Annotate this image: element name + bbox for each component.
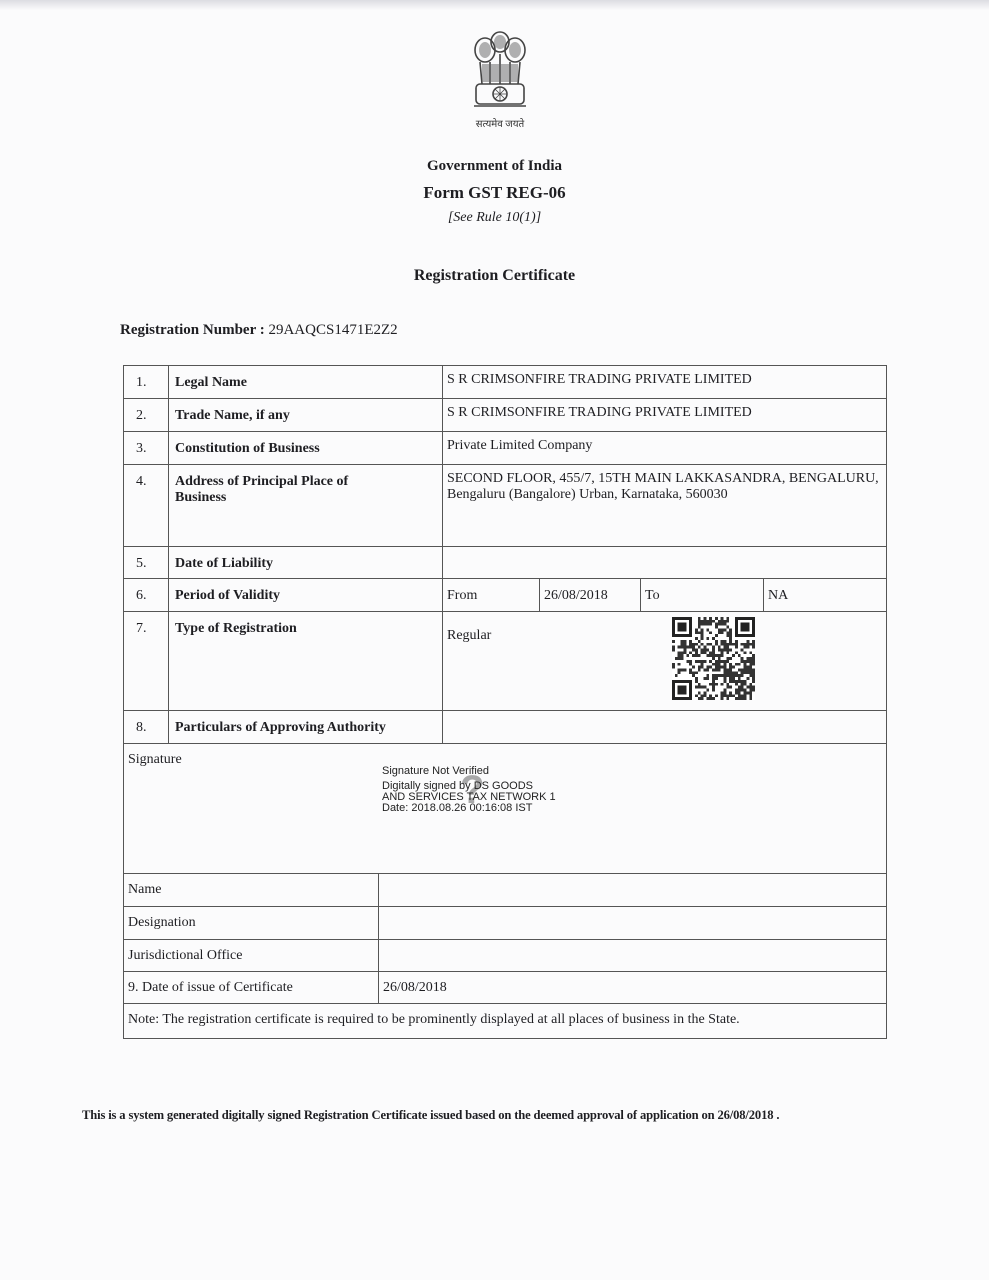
ashoka-emblem-icon [468,28,532,112]
qr-code-icon [672,617,755,700]
digital-signature-block: Signature Not Verified Digitally signed … [382,766,556,814]
jurisdictional-office-value [379,940,886,971]
table-row: 2. Trade Name, if any S R CRIMSONFIRE TR… [124,399,886,432]
address-value: SECOND FLOOR, 455/7, 15TH MAIN LAKKASAND… [443,465,886,546]
designation-value [379,907,886,939]
registration-number-label: Registration Number : [120,322,265,338]
row-label: Period of Validity [169,579,443,611]
authority-name-value [379,874,886,906]
table-row: 6. Period of Validity From 26/08/2018 To… [124,579,886,612]
registration-number-value: 29AAQCS1471E2Z2 [268,322,397,338]
table-row: Designation [124,907,886,940]
issue-date-value: 26/08/2018 [379,972,886,1003]
authority-name-label: Name [124,874,379,906]
approving-authority-value [443,711,886,743]
row-label: Legal Name [169,366,443,398]
row-label: Date of Liability [169,547,443,578]
table-row: Jurisdictional Office [124,940,886,972]
row-label: Type of Registration [169,612,443,710]
government-heading: Government of India [0,158,989,175]
scan-edge [0,0,989,10]
table-row: 3. Constitution of Business Private Limi… [124,432,886,465]
validity-to-label: To [641,579,764,611]
row-number: 2. [124,399,169,431]
row-number: 4. [124,465,169,546]
jurisdictional-office-label: Jurisdictional Office [124,940,379,971]
table-row: 7. Type of Registration Regular [124,612,886,711]
certificate-table: 1. Legal Name S R CRIMSONFIRE TRADING PR… [123,365,887,1039]
table-row: 5. Date of Liability [124,547,886,579]
trade-name-value: S R CRIMSONFIRE TRADING PRIVATE LIMITED [443,399,886,431]
certificate-title: Registration Certificate [0,267,989,285]
row-number: 3. [124,432,169,464]
constitution-value: Private Limited Company [443,432,886,464]
row-number: 5. [124,547,169,578]
row-number: 8. [124,711,169,743]
row-number: 7. [124,612,169,710]
row-label: Particulars of Approving Authority [169,711,443,743]
row-label: Constitution of Business [169,432,443,464]
row-label: Trade Name, if any [169,399,443,431]
display-note: Note: The registration certificate is re… [124,1004,740,1038]
signature-row: Signature ? Signature Not Verified Digit… [124,744,886,874]
registration-number: Registration Number : 29AAQCS1471E2Z2 [120,322,398,339]
form-title: Form GST REG-06 [0,183,989,203]
validity-from-label: From [443,579,540,611]
signature-status: Signature Not Verified [382,766,556,777]
table-row: 4. Address of Principal Place of Busines… [124,465,886,547]
signature-label: Signature [128,752,182,768]
row-number: 6. [124,579,169,611]
system-generated-footer: This is a system generated digitally sig… [82,1108,779,1123]
validity-cells: From 26/08/2018 To NA [443,579,886,611]
row-label: Address of Principal Place of Business [169,465,443,546]
issue-date-label: 9. Date of issue of Certificate [124,972,379,1003]
note-row: Note: The registration certificate is re… [124,1004,886,1038]
table-row: 8. Particulars of Approving Authority [124,711,886,744]
designation-label: Designation [124,907,379,939]
validity-to-value: NA [764,579,886,611]
signature-date: Date: 2018.08.26 00:16:08 IST [382,803,556,814]
legal-name-value: S R CRIMSONFIRE TRADING PRIVATE LIMITED [443,366,886,398]
registration-type-value: Regular [443,612,886,710]
row-number: 1. [124,366,169,398]
table-row: 9. Date of issue of Certificate 26/08/20… [124,972,886,1004]
validity-from-value: 26/08/2018 [540,579,641,611]
rule-reference: [See Rule 10(1)] [0,210,989,226]
table-row: 1. Legal Name S R CRIMSONFIRE TRADING PR… [124,366,886,399]
table-row: Name [124,874,886,907]
date-of-liability-value [443,547,886,578]
emblem-motto: सत्यमेव जयते [440,116,560,130]
